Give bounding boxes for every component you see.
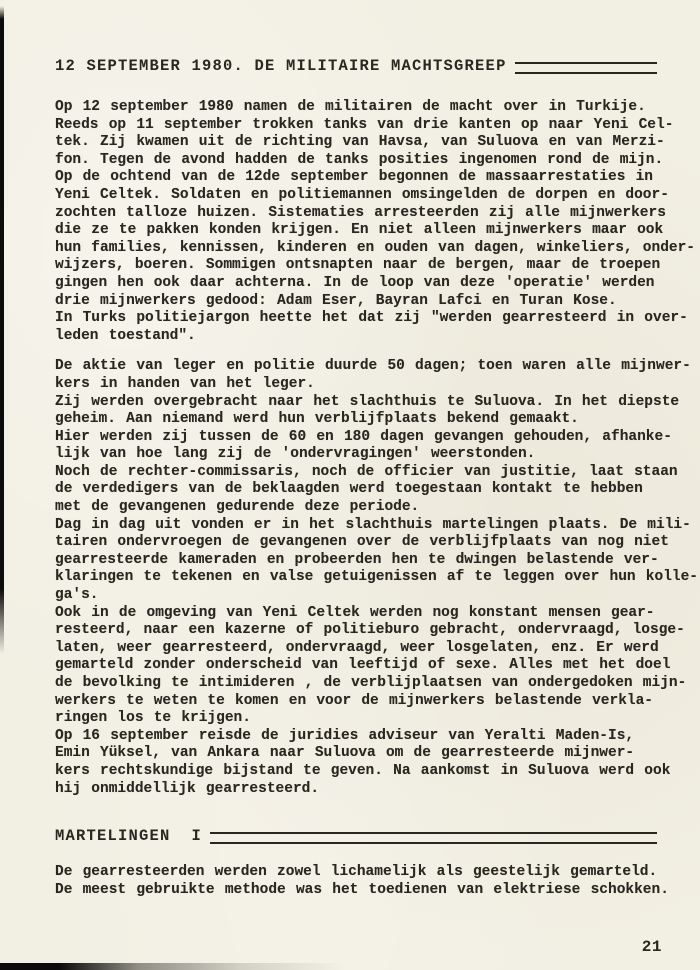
page-number: 21 [642,938,662,956]
main-heading-row: 12 SEPTEMBER 1980. DE MILITAIRE MACHTSGR… [55,57,657,75]
main-heading-underline-rule [515,62,657,74]
paragraph-torture-intro: De gearresteerden werden zowel lichameli… [55,864,657,899]
section-heading-row: MARTELINGEN I [55,827,657,845]
section-heading-underline-rule [210,832,657,844]
scanned-document-page: 12 SEPTEMBER 1980. DE MILITAIRE MACHTSGR… [0,0,700,970]
main-heading: 12 SEPTEMBER 1980. DE MILITAIRE MACHTSGR… [55,57,507,75]
paragraph-coup-account: Op 12 september 1980 namen de militairen… [55,99,657,345]
section-heading: MARTELINGEN I [55,827,202,845]
scan-artifact-left-edge [0,6,4,654]
paragraph-detention-account: De aktie van leger en politie duurde 50 … [55,358,657,798]
scan-artifact-bottom-edge [0,963,345,970]
